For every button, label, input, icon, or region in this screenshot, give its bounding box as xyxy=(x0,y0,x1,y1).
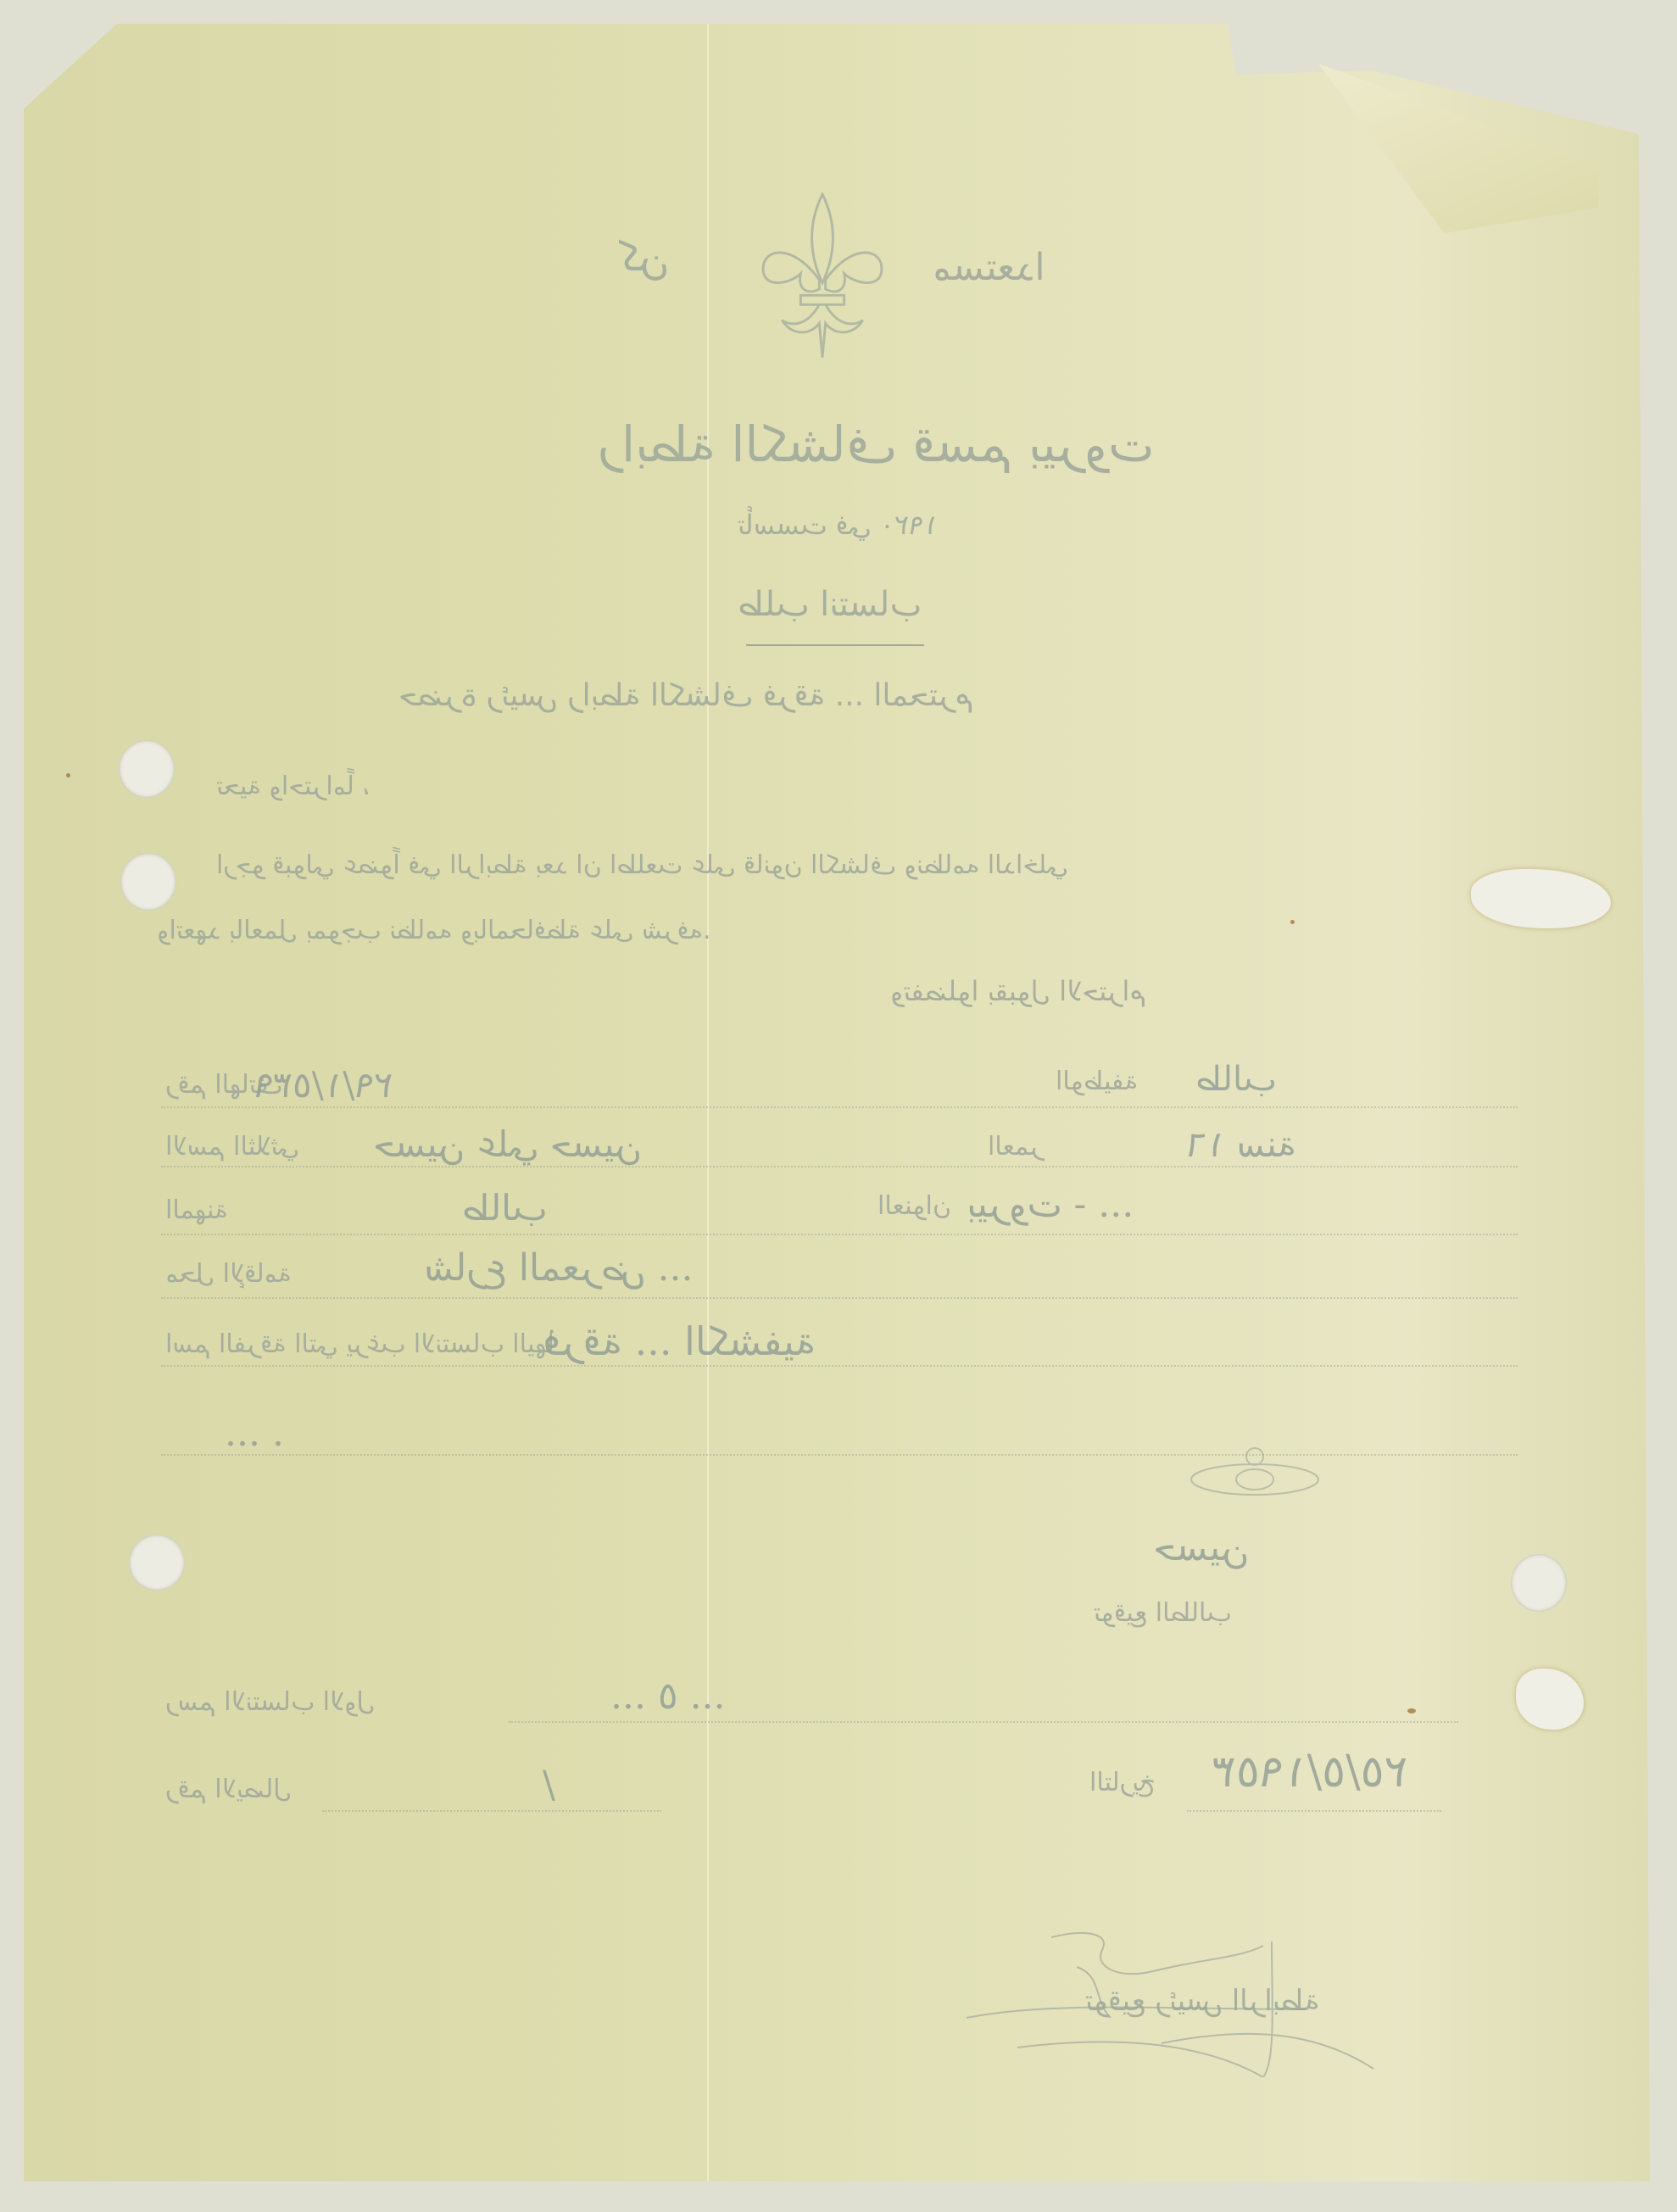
fee-label: رسم الانتساب الاول xyxy=(165,1687,375,1717)
date-label: التاريخ xyxy=(1089,1768,1156,1797)
field-rule xyxy=(161,1106,1518,1108)
fee-value: ... ٥ ... xyxy=(610,1674,726,1718)
rust-stain xyxy=(1407,1708,1416,1713)
field-label-fullname: الاسم الثلاثي xyxy=(165,1132,299,1162)
signature-mark: حسين xyxy=(1153,1526,1249,1569)
field-rule xyxy=(509,1721,1458,1723)
fold-crease xyxy=(707,24,709,2181)
field-value-age: ١٦ سنة xyxy=(1187,1123,1296,1165)
field-rule xyxy=(161,1166,1518,1167)
receipt-value: / xyxy=(543,1763,555,1807)
greeting-line: تحية واحتراماً ، xyxy=(216,772,370,801)
motto-left: كن xyxy=(619,233,669,281)
signature-label: توقيع الطالب xyxy=(1094,1598,1232,1628)
addressee-line: حضرة رئيس رابطة الكشاف فرقة ... المحترم xyxy=(398,678,973,713)
closing-line: وتفضلوا بقبول الاحترام xyxy=(890,975,1146,1007)
subject-underline xyxy=(746,644,924,646)
field-label-profession: المهنة xyxy=(165,1195,228,1225)
fleur-de-lis-icon xyxy=(742,187,903,373)
field-rule xyxy=(322,1810,661,1812)
field-rule xyxy=(161,1234,1518,1235)
rust-stain xyxy=(1290,920,1295,924)
rust-stain xyxy=(66,773,70,777)
field-label-residence: محل الإقامة xyxy=(165,1259,292,1289)
field-value-fullname: حسين علي حسين xyxy=(373,1123,642,1165)
field-rule xyxy=(161,1297,1518,1299)
punch-hole xyxy=(129,1535,185,1591)
statement-value: فرقة ... الكشفية xyxy=(543,1318,816,1364)
punch-hole xyxy=(1511,1554,1567,1612)
field-value-job: طالب xyxy=(1195,1060,1277,1099)
field-value-phone: ٢٩/١/٥٣٩ xyxy=(254,1064,393,1106)
motto-right: مستعدا xyxy=(933,246,1045,289)
punch-hole xyxy=(119,740,175,798)
date-value: ٢٥/٥/١٩٥٣ xyxy=(1212,1747,1408,1797)
organization-title: رابطة الكشاف قسم بيروت xyxy=(598,415,1154,473)
body-line-2: واتعهد بالعمل بموجب نظامه وبالمحافظة على… xyxy=(157,916,711,945)
field-value-profession: طالب xyxy=(462,1187,547,1229)
stamp-icon xyxy=(1183,1441,1327,1501)
statement-label: اسم الفرقة التي يرغب الانتساب اليها xyxy=(165,1329,554,1359)
field-value-residence: شارع المعرض ... xyxy=(424,1246,693,1290)
founded-line: تأسست في ١٩٢٠ xyxy=(738,509,939,541)
field-rule xyxy=(161,1365,1518,1367)
field-label-job: الوظيفة xyxy=(1056,1067,1138,1096)
field-label-age: العمر xyxy=(988,1132,1044,1162)
statement-value-2: ... . xyxy=(225,1412,284,1455)
punch-hole xyxy=(120,853,176,911)
approval-label: توقيع رئيس الرابطة xyxy=(1085,1984,1319,2018)
field-rule xyxy=(1187,1810,1441,1812)
body-line-1: ارجو قبولي عضواً في الرابطة بعد ان اطلعت… xyxy=(216,850,1068,880)
receipt-label: رقم الايصال xyxy=(165,1775,292,1804)
field-value-address: بيروت - ... xyxy=(967,1183,1134,1226)
subject-heading: طلب انتساب xyxy=(738,585,922,624)
field-label-address: العنوان xyxy=(877,1191,951,1221)
